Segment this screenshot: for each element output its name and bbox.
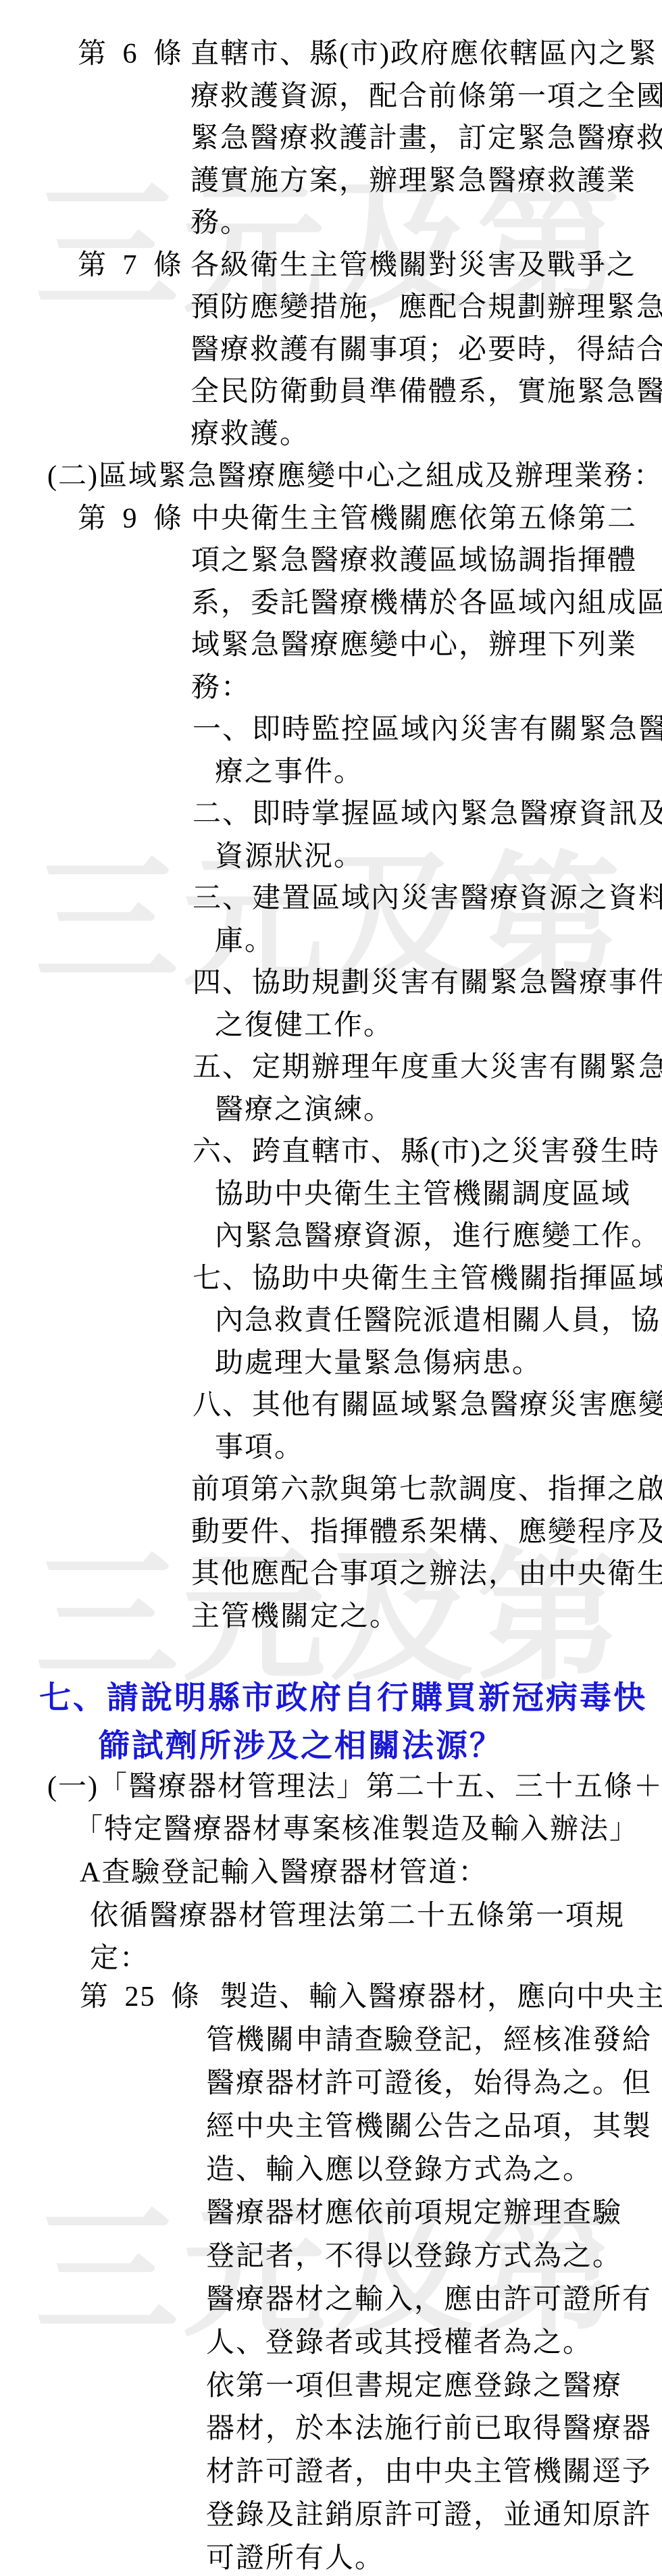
text-line: 「特定醫療器材專案核准製造及輸入辦法」 [74, 1813, 639, 1846]
text-line: 材許可證者，由中央主管機關逕予 [206, 2455, 652, 2489]
text-line: 六、跨直轄市、縣(市)之災害發生時， [193, 1135, 662, 1169]
section-heading-line: 篩試劑所涉及之相關法源？ [98, 1728, 503, 1765]
text-line: 醫療器材之輸入，應由許可證所有 [206, 2283, 652, 2317]
text-line: 八、其他有關區域緊急醫療災害應變 [193, 1388, 662, 1422]
text-line: 定： [90, 1942, 149, 1975]
text-line: 事項。 [215, 1431, 304, 1465]
text-line: 醫療器材許可證後，始得為之。但 [206, 2067, 652, 2100]
text-line: 緊急醫療救護計畫，訂定緊急醫療救 [190, 122, 662, 155]
text-line: 其他應配合事項之辦法，由中央衛生 [191, 1557, 662, 1591]
text-line: 務。 [190, 206, 250, 240]
article-number-line: 第 7 條各級衛生主管機關對災害及戰爭之 [78, 249, 636, 282]
section-heading-line: 七、請說明縣市政府自行購買新冠病毒快 [39, 1680, 647, 1717]
text-line: 前項第六款與第七款調度、指揮之啟 [191, 1473, 662, 1507]
text-line: 造、輸入應以登錄方式為之。 [206, 2153, 592, 2187]
text-line: 助處理大量緊急傷病患。 [215, 1346, 542, 1380]
text-line: 器材，於本法施行前已取得醫療器 [206, 2412, 652, 2446]
text-line: 域緊急醫療應變中心，辦理下列業 [191, 628, 637, 662]
text-line: 五、定期辦理年度重大災害有關緊急 [193, 1051, 662, 1084]
text-line: 四、協助規劃災害有關緊急醫療事件 [193, 966, 662, 1000]
article-number-line: 第 6 條直轄市、縣(市)政府應依轄區內之緊 [78, 37, 658, 71]
text-line: 內急救責任醫院派遣相關人員，協 [215, 1304, 661, 1338]
text-line: 一、即時監控區域內災害有關緊急醫 [193, 713, 662, 747]
article-number-label: 第 7 條 [78, 249, 190, 282]
article-number-label: 第 25 條 [80, 1980, 220, 2014]
article-text: 各級衛生主管機關對災害及戰爭之 [190, 250, 636, 281]
text-line: 務： [191, 671, 251, 705]
article-text: 中央衛生主管機關應依第五條第二 [191, 503, 637, 534]
article-number-label: 第 9 條 [78, 502, 191, 536]
text-line: 依第一項但書規定應登錄之醫療 [206, 2369, 622, 2403]
article-number-label: 第 6 條 [78, 37, 190, 71]
text-line: 療救護。 [190, 418, 309, 451]
text-line: 管機關申請查驗登記，經核准發給 [206, 2023, 652, 2057]
article-text: 製造、輸入醫療器材，應向中央主 [220, 1981, 662, 2013]
text-line: 系，委託醫療機構於各區域內組成區 [191, 586, 662, 620]
article-number-line: 第 9 條中央衛生主管機關應依第五條第二 [78, 502, 637, 536]
text-line: 登錄及註銷原許可證，並通知原許 [206, 2498, 652, 2532]
text-line: 庫。 [215, 924, 274, 958]
text-line: 醫療器材應依前項規定辦理查驗 [206, 2196, 622, 2230]
text-line: 之復健工作。 [215, 1009, 393, 1042]
article-text: 直轄市、縣(市)政府應依轄區內之緊 [190, 39, 658, 70]
article-number-line: 第 25 條製造、輸入醫療器材，應向中央主 [80, 1980, 662, 2014]
text-line: 預防應變措施，應配合規劃辦理緊急 [190, 291, 662, 324]
text-line: A查驗登記輸入醫療器材管道： [80, 1856, 488, 1890]
text-line: 全民防衛動員準備體系，實施緊急醫 [190, 375, 662, 409]
text-line: 護實施方案，辦理緊急醫療救護業 [190, 164, 636, 198]
document-page: 三元及第三元及第三元及第三元及第第 6 條直轄市、縣(市)政府應依轄區內之緊療救… [0, 0, 662, 2576]
text-line: 三、建置區域內災害醫療資源之資料 [193, 882, 662, 915]
text-line: 主管機關定之。 [191, 1600, 399, 1634]
text-line: 經中央主管機關公告之品項，其製 [206, 2110, 652, 2144]
text-line: 協助中央衛生主管機關調度區域 [215, 1178, 631, 1211]
text-line: 資源狀況。 [215, 840, 363, 874]
text-line: 項之緊急醫療救護區域協調指揮體 [191, 544, 637, 578]
text-line: 登記者，不得以登錄方式為之。 [206, 2240, 622, 2273]
text-line: 動要件、指揮體系架構、應變程序及 [191, 1515, 662, 1549]
text-line: 依循醫療器材管理法第二十五條第一項規 [90, 1899, 625, 1933]
text-line: 可證所有人。 [206, 2542, 384, 2575]
text-line: 人、登錄者或其授權者為之。 [206, 2326, 592, 2360]
text-line: 療救護資源，配合前條第一項之全國 [190, 80, 662, 113]
text-line: 療之事件。 [215, 755, 363, 789]
text-line: 內緊急醫療資源，進行應變工作。 [215, 1219, 661, 1253]
text-line: 七、協助中央衛生主管機關指揮區域 [193, 1262, 662, 1296]
text-line: (二)區域緊急醫療應變中心之組成及辦理業務： [47, 459, 662, 493]
text-line: 醫療救護有關事項；必要時，得結合 [190, 333, 662, 367]
text-line: 醫療之演練。 [215, 1093, 393, 1127]
text-line: (一)「醫療器材管理法」第二十五、三十五條＋ [47, 1770, 662, 1804]
text-line: 二、即時掌握區域內緊急醫療資訊及 [193, 797, 662, 831]
